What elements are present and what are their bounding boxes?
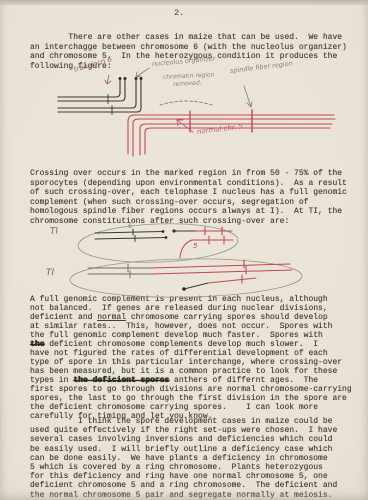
text-line: used quite effectively if the right set-… [30,426,360,435]
text-line: the deficient chromosome carrying spores… [30,403,360,412]
arrow-icon-translocn6 [105,75,111,84]
label-nucleus2-TI: TI [46,268,54,278]
nucleus2-chr-pair [88,260,292,278]
text-line: not balanced. If genes are released duri… [30,304,360,313]
text-line: There are other cases in maize that can … [30,33,360,43]
text-line: be easily used. I will briefly outline a… [30,445,360,454]
text-line: sporocytes (depending upon environmental… [30,179,360,189]
brace-chromatin-region [160,101,212,105]
arrow-icon-spindle-fiber [244,86,252,107]
text-line: deficient chromosome 5 and a ring chromo… [30,481,360,490]
text-line: homologous spindle fiber regions occurs … [30,207,360,217]
caret-mark-plants: ^ [198,450,203,457]
text-line: deficient and normal chromosome carrying… [30,313,360,322]
text-line: an interchagge between chromosome 6 (wit… [30,43,360,53]
text-line: the normal chromosome 5 pair and segrega… [30,491,360,500]
text-line: the deficient chromosome complements dev… [30,340,360,349]
text-line: type of spore in this particular interch… [30,358,360,367]
text-line: I think the spore development cases in m… [30,417,360,426]
paragraph-crossing: Crossing over occurs in the marked regio… [30,169,360,226]
caret-mark-this: ^ [112,362,117,369]
arrow-icon-nucleolus [136,68,149,77]
telomere-knob-dots [119,77,143,80]
nucleus1-translocated-chr [174,227,232,235]
text-line: have not figured the rates of differenti… [30,349,360,358]
paragraph-complement: A full genomic complement is present in … [30,295,360,421]
paragraph-closing: I think the spore development cases in m… [30,417,360,500]
text-line: at similar rates.. This, however, does n… [30,322,360,331]
text-line: first spores to go through divisions are… [30,385,360,394]
text-line: can be done easily. We have plants a def… [30,454,360,463]
nucleus1-chr5 [180,236,233,258]
text-line: several cases involving inversions and d… [30,435,360,444]
text-line: has been measured, but it is a common pr… [30,367,360,376]
page-number: 2. [174,8,184,18]
annotation-chromatin-removed: removed. [173,80,202,88]
document-page: 2. There are other cases in maize that c… [0,0,368,500]
nucleus1-chr6-pair [95,229,166,242]
text-line: types in the deficient spores anthers of… [30,376,360,385]
text-line: of such crossing-over, each telophase I … [30,188,360,198]
label-chromosome-6: 6 [128,222,132,230]
chromosome-6-lines [58,80,141,115]
nucleus2-knob [182,287,186,291]
label-nucleus1-TI: TI [50,226,59,237]
label-chromosome-5: 5 [193,242,197,250]
text-line: spores, the last to go through the first… [30,394,360,403]
chromosome-5-lines [128,110,335,156]
text-line: 5 which is covered by a ring chromosome.… [30,463,360,472]
caret-mark-figured: ^ [95,349,100,356]
text-line: for this deficiency and ring have one no… [30,472,360,481]
text-line: the full genomic complement develop much… [30,331,360,340]
text-line: complement (when such crossing-over occu… [30,198,360,208]
nucleus2-translocated-chr [184,275,256,289]
